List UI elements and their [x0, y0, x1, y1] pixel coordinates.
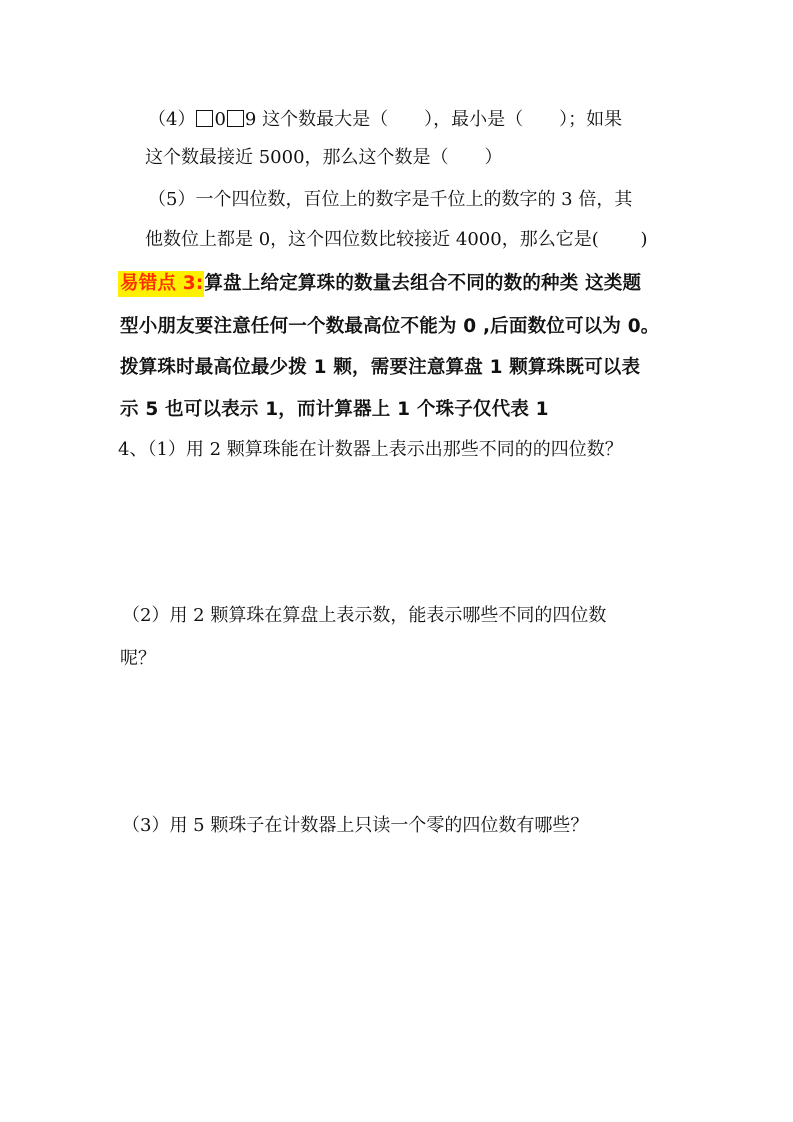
question-4-part-4-line-1: （4）09 这个数最大是（ ），最小是（ ）；如果 [148, 108, 622, 132]
tip-line-4: 示 5 也可以表示 1，而计算器上 1 个珠子仅代表 1 [120, 398, 549, 422]
question-4-part-5-line-1: （5）一个四位数，百位上的数字是千位上的数字的 3 倍，其 [148, 188, 632, 212]
question-4-sub-2-line-2: 呢？ [120, 647, 156, 671]
question-4-sub-3: （3）用 5 颗珠子在计数器上只读一个零的四位数有哪些？ [122, 814, 588, 838]
tip-label: 易错点 3: [118, 271, 204, 297]
tip-line-3: 拨算珠时最高位最少拨 1 颗，需要注意算盘 1 颗算珠既可以表 [120, 356, 640, 380]
question-text: 这个数最大是（ ），最小是（ ）；如果 [256, 109, 622, 130]
question-4-sub-1: 4、（1）用 2 颗算珠能在计数器上表示出那些不同的的四位数？ [118, 438, 623, 462]
digit: 9 [245, 109, 256, 130]
blank-box-1[interactable] [196, 110, 213, 127]
digit: 0 [214, 109, 225, 130]
question-4-part-4-line-2: 这个数最接近 5000，那么这个数是（ ） [145, 146, 503, 170]
part-number: （4） [148, 109, 195, 130]
tip-text: 算盘上给定算珠的数量去组合不同的数的种类 这类题 [204, 273, 641, 294]
question-4-part-5-line-2: 他数位上都是 0，这个四位数比较接近 4000，那么它是( ) [145, 228, 647, 252]
tip-line-1: 易错点 3:算盘上给定算珠的数量去组合不同的数的种类 这类题 [118, 272, 641, 296]
question-4-sub-2-line-1: （2）用 2 颗算珠在算盘上表示数，能表示哪些不同的四位数 [122, 604, 606, 628]
tip-line-2: 型小朋友要注意任何一个数最高位不能为 0 ,后面数位可以为 0。 [120, 315, 660, 339]
blank-box-2[interactable] [227, 110, 244, 127]
